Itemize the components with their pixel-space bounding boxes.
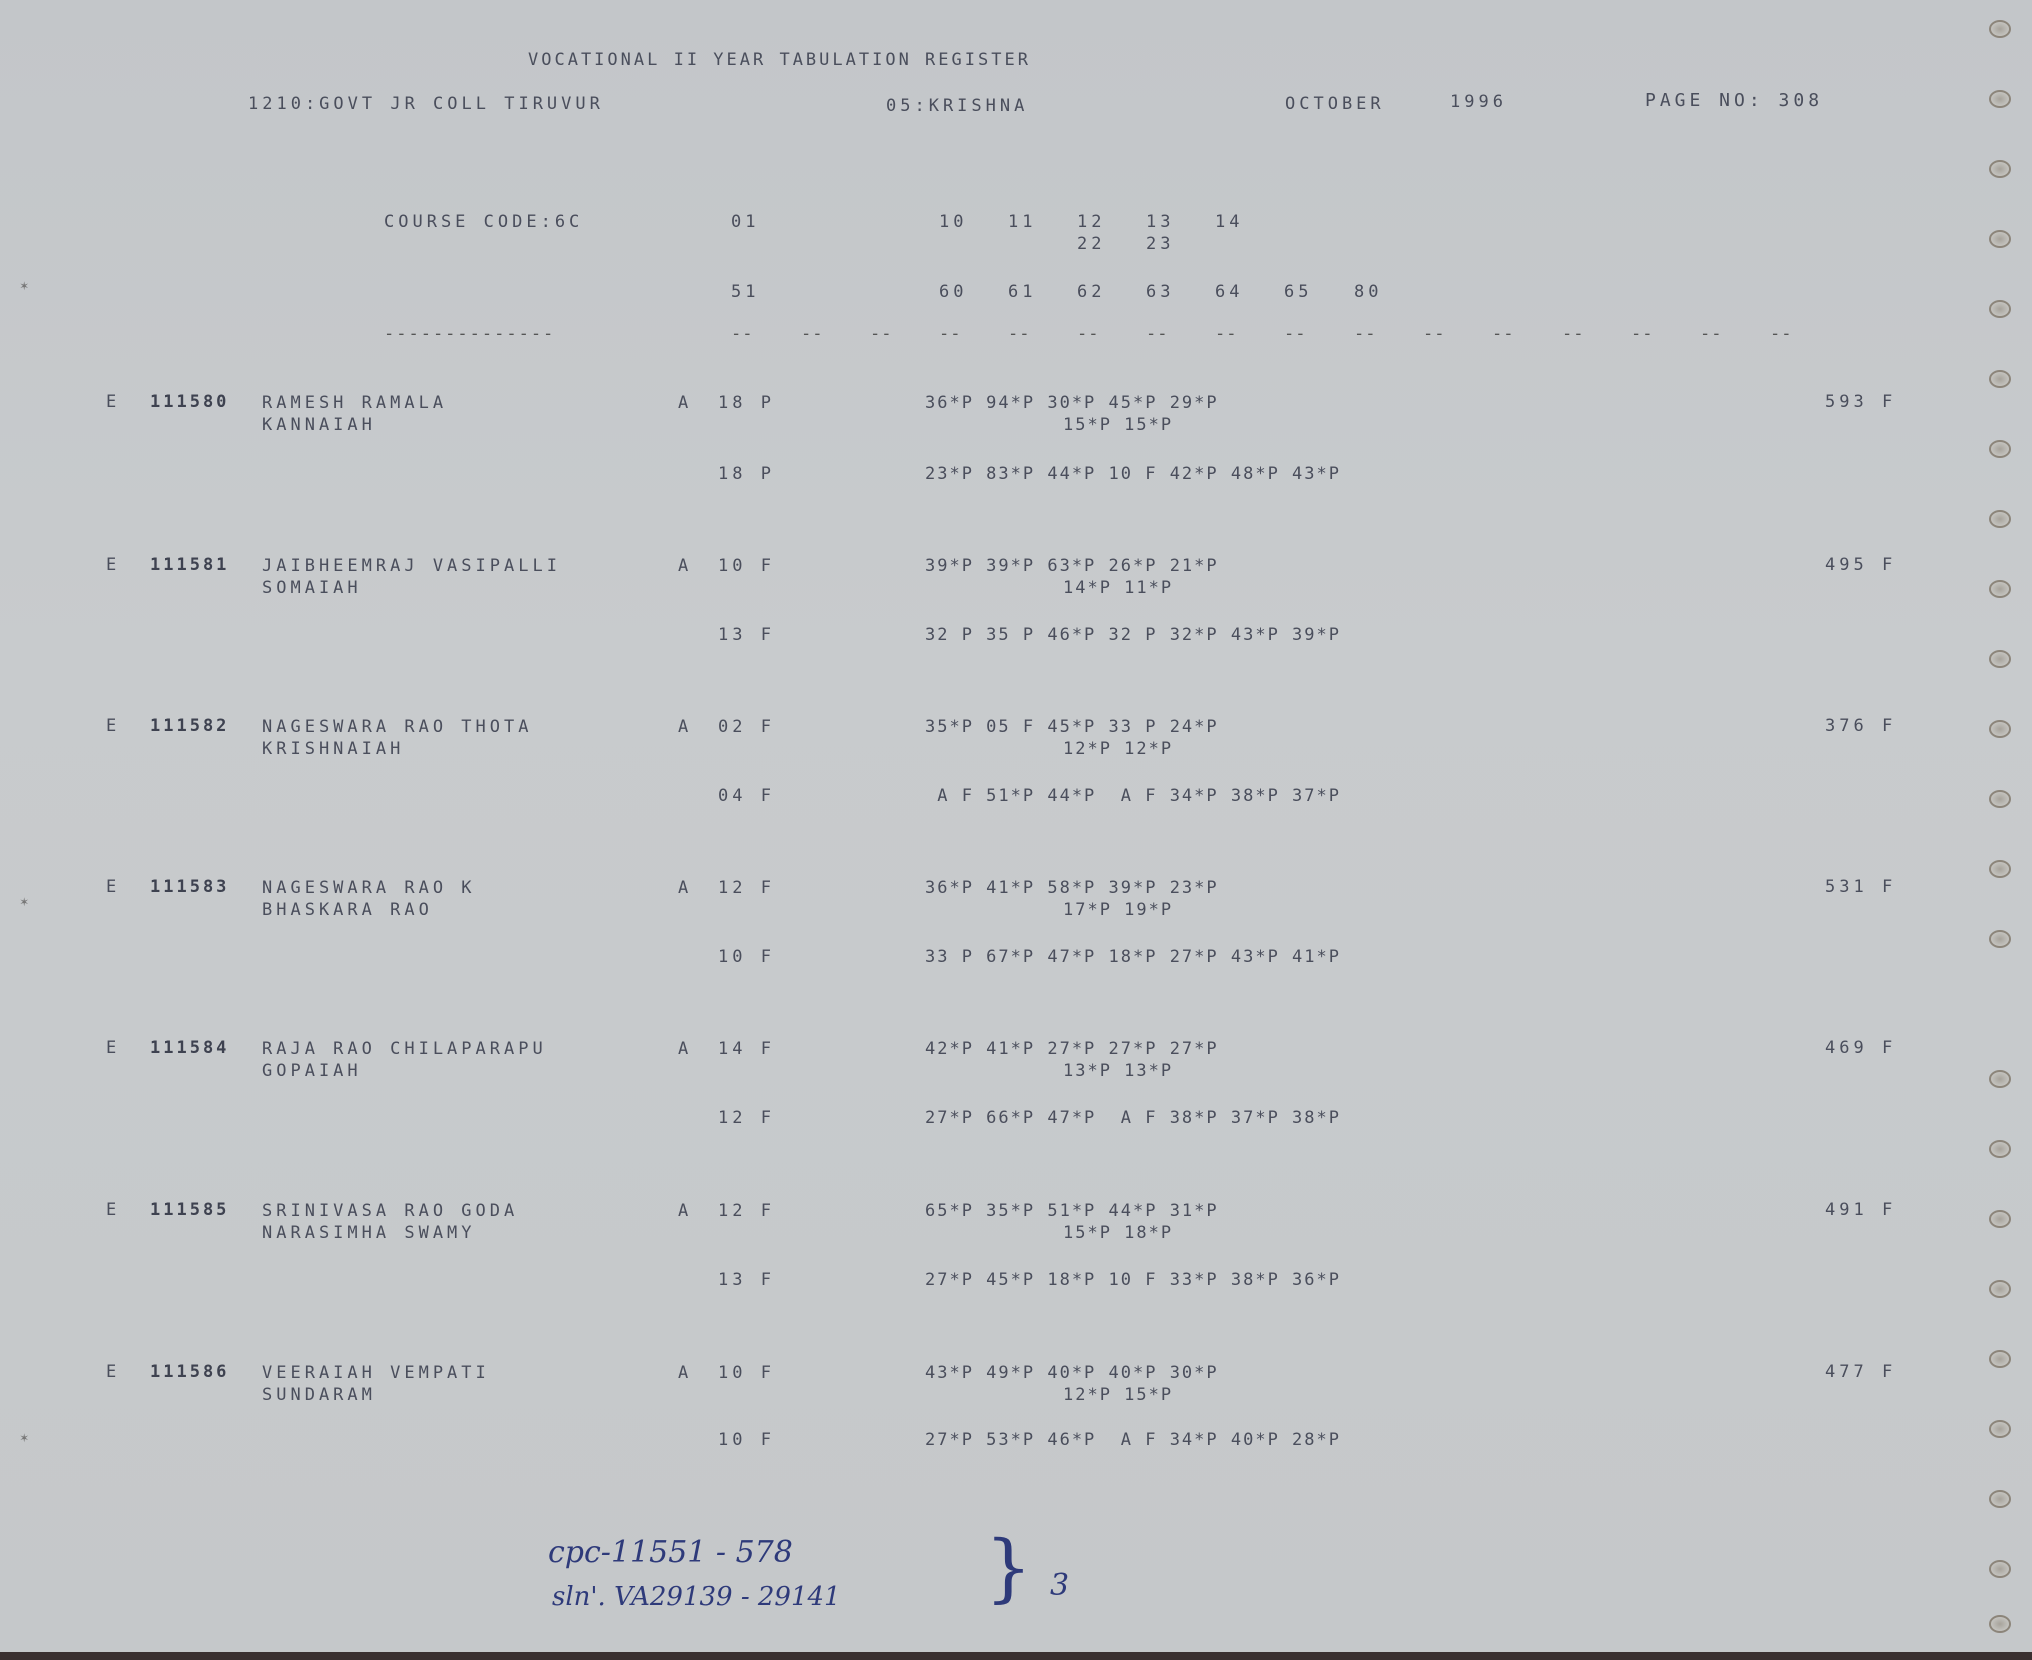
year1-marks-sub: 15*P 18*P <box>1063 1223 1173 1243</box>
roll-number: 111580 <box>150 392 229 412</box>
parent-name: GOPAIAH <box>262 1061 362 1081</box>
medium: A <box>678 1363 692 1383</box>
year1-marks-sub: 17*P 19*P <box>1063 900 1173 920</box>
roll-number: 111586 <box>150 1362 229 1382</box>
subject-code: 64 <box>1215 282 1243 302</box>
year1-marks-sub: 12*P 15*P <box>1063 1385 1173 1405</box>
feed-hole-icon <box>1989 580 2011 598</box>
college-name: 1210:GOVT JR COLL TIRUVUR <box>248 94 604 114</box>
total-result: 477 F <box>1825 1362 1896 1382</box>
subject-code: 22 <box>1077 234 1105 254</box>
subject-code: 61 <box>1008 282 1036 302</box>
feed-hole-icon <box>1989 90 2011 108</box>
handwritten-note-line-1: cpc-11551 - 578 <box>548 1535 793 1570</box>
language-2-marks: 12 F <box>718 1108 775 1128</box>
tabulation-register-page: VOCATIONAL II YEAR TABULATION REGISTER 1… <box>0 0 2032 1655</box>
subject-code: 01 <box>731 212 759 232</box>
student-name: NAGESWARA RAO THOTA <box>262 717 532 737</box>
page-number: PAGE NO: 308 <box>1645 90 1823 111</box>
language-2-marks: 10 F <box>718 947 775 967</box>
medium: A <box>678 556 692 576</box>
feed-hole-icon <box>1989 1350 2011 1368</box>
student-record: E 111583 NAGESWARA RAO K BHASKARA RAO A … <box>0 877 1980 987</box>
brace-icon: } <box>985 1525 1032 1611</box>
record-type: E <box>106 716 120 736</box>
student-record: E 111584 RAJA RAO CHILAPARAPU GOPAIAH A … <box>0 1038 1980 1148</box>
feed-hole-icon <box>1989 20 2011 38</box>
subject-code: 51 <box>731 282 759 302</box>
year2-marks: 27*P 53*P 46*P A F 34*P 40*P 28*P <box>925 1430 1341 1450</box>
subject-code: 11 <box>1008 212 1036 232</box>
language-1-marks: 18 P <box>718 393 775 413</box>
roll-number: 111583 <box>150 877 229 897</box>
feed-hole-icon <box>1989 160 2011 178</box>
subject-code: 80 <box>1354 282 1382 302</box>
subject-code: 14 <box>1215 212 1243 232</box>
subject-code: 10 <box>939 212 967 232</box>
student-name: NAGESWARA RAO K <box>262 878 476 898</box>
language-2-marks: 13 F <box>718 625 775 645</box>
year2-marks: 27*P 66*P 47*P A F 38*P 37*P 38*P <box>925 1108 1341 1128</box>
feed-hole-icon <box>1989 300 2011 318</box>
feed-hole-icon <box>1989 1070 2011 1088</box>
record-type: E <box>106 877 120 897</box>
binder-mark-icon: ✶ <box>20 1430 30 1440</box>
year1-marks: 43*P 49*P 40*P 40*P 30*P <box>925 1363 1219 1383</box>
handwritten-note-line-2: sln'. VA29139 - 29141 <box>552 1582 841 1612</box>
year2-marks: 33 P 67*P 47*P 18*P 27*P 43*P 41*P <box>925 947 1341 967</box>
language-1-marks: 02 F <box>718 717 775 737</box>
subject-code: 65 <box>1284 282 1312 302</box>
record-type: E <box>106 1362 120 1382</box>
header-underline: -------------- <box>384 324 555 344</box>
year1-marks-sub: 14*P 11*P <box>1063 578 1173 598</box>
parent-name: NARASIMHA SWAMY <box>262 1223 476 1243</box>
total-result: 469 F <box>1825 1038 1896 1058</box>
year1-marks: 42*P 41*P 27*P 27*P 27*P <box>925 1039 1219 1059</box>
total-result: 376 F <box>1825 716 1896 736</box>
feed-hole-icon <box>1989 1560 2011 1578</box>
feed-hole-icon <box>1989 230 2011 248</box>
year2-marks: A F 51*P 44*P A F 34*P 38*P 37*P <box>925 786 1341 806</box>
language-1-marks: 12 F <box>718 1201 775 1221</box>
total-result: 593 F <box>1825 392 1896 412</box>
medium: A <box>678 878 692 898</box>
year1-marks-sub: 13*P 13*P <box>1063 1061 1173 1081</box>
student-name: SRINIVASA RAO GODA <box>262 1201 518 1221</box>
tractor-feed-holes <box>1985 0 2025 1660</box>
record-type: E <box>106 392 120 412</box>
record-type: E <box>106 1038 120 1058</box>
total-result: 531 F <box>1825 877 1896 897</box>
subject-code: 63 <box>1146 282 1174 302</box>
district-name: 05:KRISHNA <box>886 96 1028 116</box>
medium: A <box>678 717 692 737</box>
feed-hole-icon <box>1989 510 2011 528</box>
handwritten-count: 3 <box>1050 1568 1069 1603</box>
roll-number: 111581 <box>150 555 229 575</box>
student-record: E 111580 RAMESH RAMALA KANNAIAH A 18 P 3… <box>0 392 1980 502</box>
feed-hole-icon <box>1989 1280 2011 1298</box>
feed-hole-icon <box>1989 1490 2011 1508</box>
year2-marks: 23*P 83*P 44*P 10 F 42*P 48*P 43*P <box>925 464 1341 484</box>
binder-mark-icon: ✶ <box>20 894 30 904</box>
feed-hole-icon <box>1989 440 2011 458</box>
language-1-marks: 10 F <box>718 556 775 576</box>
feed-hole-icon <box>1989 1210 2011 1228</box>
feed-hole-icon <box>1989 1615 2011 1633</box>
year1-marks-sub: 12*P 12*P <box>1063 739 1173 759</box>
feed-hole-icon <box>1989 1420 2011 1438</box>
year1-marks: 65*P 35*P 51*P 44*P 31*P <box>925 1201 1219 1221</box>
language-2-marks: 13 F <box>718 1270 775 1290</box>
subject-code: 60 <box>939 282 967 302</box>
subject-code: 62 <box>1077 282 1105 302</box>
parent-name: KRISHNAIAH <box>262 739 404 759</box>
language-2-marks: 10 F <box>718 1430 775 1450</box>
feed-hole-icon <box>1989 720 2011 738</box>
feed-hole-icon <box>1989 650 2011 668</box>
register-title: VOCATIONAL II YEAR TABULATION REGISTER <box>528 50 1031 70</box>
language-1-marks: 10 F <box>718 1363 775 1383</box>
medium: A <box>678 1039 692 1059</box>
year2-marks: 27*P 45*P 18*P 10 F 33*P 38*P 36*P <box>925 1270 1341 1290</box>
roll-number: 111585 <box>150 1200 229 1220</box>
student-record: E 111582 NAGESWARA RAO THOTA KRISHNAIAH … <box>0 716 1980 826</box>
language-1-marks: 12 F <box>718 878 775 898</box>
language-2-marks: 04 F <box>718 786 775 806</box>
year1-marks: 36*P 41*P 58*P 39*P 23*P <box>925 878 1219 898</box>
student-name: RAJA RAO CHILAPARAPU <box>262 1039 547 1059</box>
roll-number: 111584 <box>150 1038 229 1058</box>
student-record: E 111586 VEERAIAH VEMPATI SUNDARAM A 10 … <box>0 1362 1980 1472</box>
year1-marks: 39*P 39*P 63*P 26*P 21*P <box>925 556 1219 576</box>
subject-code: 13 <box>1146 212 1174 232</box>
feed-hole-icon <box>1989 860 2011 878</box>
year1-marks-sub: 15*P 15*P <box>1063 415 1173 435</box>
student-name: RAMESH RAMALA <box>262 393 447 413</box>
subject-code: 12 <box>1077 212 1105 232</box>
student-name: JAIBHEEMRAJ VASIPALLI <box>262 556 561 576</box>
exam-month: OCTOBER <box>1285 94 1385 114</box>
parent-name: SUNDARAM <box>262 1385 376 1405</box>
parent-name: SOMAIAH <box>262 578 362 598</box>
year1-marks: 35*P 05 F 45*P 33 P 24*P <box>925 717 1219 737</box>
subject-code: 23 <box>1146 234 1174 254</box>
year2-marks: 32 P 35 P 46*P 32 P 32*P 43*P 39*P <box>925 625 1341 645</box>
binder-mark-icon: ✶ <box>20 278 30 288</box>
student-record: E 111585 SRINIVASA RAO GODA NARASIMHA SW… <box>0 1200 1980 1310</box>
parent-name: BHASKARA RAO <box>262 900 433 920</box>
parent-name: KANNAIAH <box>262 415 376 435</box>
record-type: E <box>106 555 120 575</box>
language-1-marks: 14 F <box>718 1039 775 1059</box>
exam-year: 1996 <box>1450 92 1507 112</box>
year1-marks: 36*P 94*P 30*P 45*P 29*P <box>925 393 1219 413</box>
total-result: 491 F <box>1825 1200 1896 1220</box>
total-result: 495 F <box>1825 555 1896 575</box>
student-name: VEERAIAH VEMPATI <box>262 1363 490 1383</box>
feed-hole-icon <box>1989 930 2011 948</box>
medium: A <box>678 1201 692 1221</box>
page-bottom-edge <box>0 1652 2032 1660</box>
feed-hole-icon <box>1989 370 2011 388</box>
record-type: E <box>106 1200 120 1220</box>
medium: A <box>678 393 692 413</box>
roll-number: 111582 <box>150 716 229 736</box>
feed-hole-icon <box>1989 1140 2011 1158</box>
language-2-marks: 18 P <box>718 464 775 484</box>
feed-hole-icon <box>1989 790 2011 808</box>
student-record: E 111581 JAIBHEEMRAJ VASIPALLI SOMAIAH A… <box>0 555 1980 665</box>
course-code: COURSE CODE:6C <box>384 212 583 232</box>
